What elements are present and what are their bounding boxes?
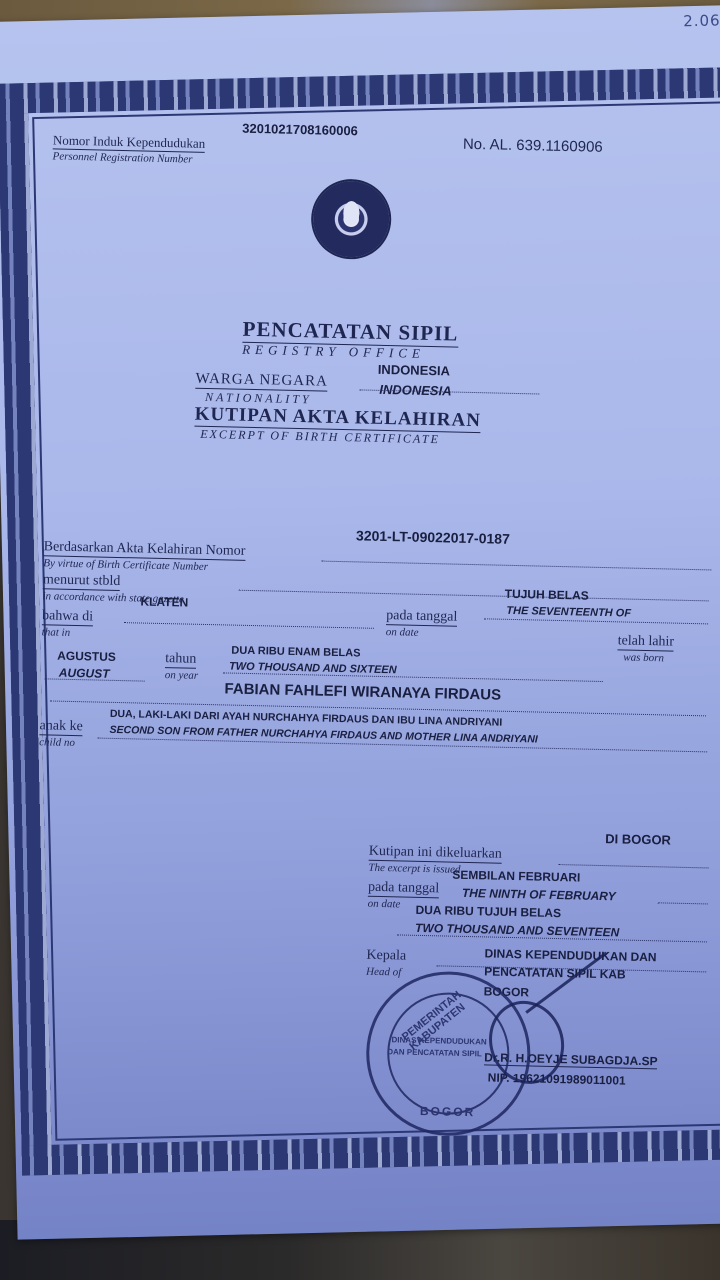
birth-day-value: TUJUH BELAS: [505, 587, 589, 603]
birth-day-dots: [484, 618, 708, 624]
stamp-inner-line-1: DINAS KEPENDUDUKAN: [391, 1035, 486, 1046]
issued-place: DI BOGOR: [605, 831, 671, 847]
issued-label: Kutipan ini dikeluarkan: [369, 844, 502, 864]
birth-day-value-en: THE SEVENTEENTH OF: [506, 605, 631, 620]
born-label: telah lahir: [617, 633, 674, 651]
gazette-dots: [239, 590, 709, 602]
nik-value: 3201021708160006: [242, 121, 358, 139]
place-label-en: that in: [42, 626, 71, 639]
child-no-label: anak ke: [39, 718, 83, 736]
place-label: bahwa di: [42, 608, 93, 626]
issue-date-value: SEMBILAN FEBRUARI: [452, 868, 580, 885]
stamp-bottom-text: BOGOR: [420, 1104, 476, 1119]
head-label-en: Head of: [366, 966, 401, 979]
born-label-en: was born: [623, 651, 664, 664]
child-no-label-en: child no: [39, 736, 75, 749]
stamp-inner-line-2: DAN PENCATATAN SIPIL: [387, 1047, 482, 1058]
gazette-label: menurut stbld: [43, 572, 121, 591]
birth-month-value: AGUSTUS: [57, 649, 116, 664]
birth-year-label-en: on year: [165, 669, 199, 682]
issued-place-dots: [559, 864, 709, 868]
certificate-content: Nomor Induk Kependudukan Personnel Regis…: [12, 92, 720, 1158]
nationality-value: INDONESIA: [378, 362, 451, 379]
garuda-emblem-icon: [312, 180, 390, 258]
child-name: FABIAN FAHLEFI WIRANAYA FIRDAUS: [224, 680, 501, 703]
issue-date-label: pada tanggal: [368, 880, 440, 899]
issue-date-dots: [658, 902, 708, 904]
birth-year-label: tahun: [165, 651, 196, 669]
certificate-number-value: 3201-LT-09022017-0187: [356, 527, 510, 546]
nik-label-en: Personnel Registration Number: [52, 150, 192, 165]
certificate-number-label-en: By virtue of Birth Certificate Number: [43, 557, 208, 573]
certificate-number-dots: [321, 561, 711, 571]
birth-year-dots: [223, 672, 603, 682]
place-dots: [124, 622, 374, 629]
issue-year-value: DUA RIBU TUJUH BELAS: [415, 903, 561, 920]
issue-date-label-en: on date: [368, 898, 401, 911]
office-title-en: REGISTRY OFFICE: [242, 342, 425, 362]
place-value: KLATEN: [140, 595, 188, 610]
birth-year-value: DUA RIBU ENAM BELAS: [231, 645, 360, 660]
corner-page-mark: 2.062: [683, 11, 720, 30]
birth-date-label: pada tanggal: [386, 608, 458, 627]
head-label: Kepala: [366, 948, 406, 965]
nationality-label: WARGA NEGARA: [195, 371, 328, 392]
serial-number: No. AL. 639.1160906: [463, 136, 603, 156]
nik-label: Nomor Induk Kependudukan: [53, 132, 206, 152]
birth-date-label-en: on date: [386, 626, 419, 639]
birth-month-dots: [45, 678, 145, 681]
issued-label-en: The excerpt is issued: [368, 862, 460, 876]
issue-date-value-en: THE NINTH OF FEBRUARY: [462, 886, 616, 903]
